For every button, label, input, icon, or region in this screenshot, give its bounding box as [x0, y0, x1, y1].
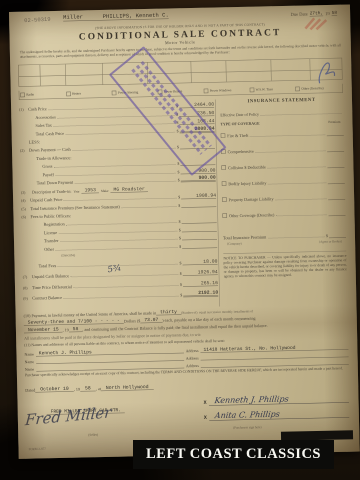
- vehicle-value-cell: [66, 74, 103, 85]
- dollar-sign: $: [178, 178, 180, 183]
- line-label: Registration: [44, 222, 65, 227]
- checkbox-icon: [204, 89, 209, 94]
- coverage-label: Fire & Theft: [227, 133, 248, 138]
- equipment-item: W.S.W. Tires: [250, 87, 296, 92]
- coverage-label: Collision $ Deductible: [228, 165, 266, 170]
- line-label: Gross: [42, 164, 52, 169]
- equipment-label: Heater: [72, 92, 81, 96]
- coverage-premium-blank: [327, 151, 344, 152]
- tradein-description: MG Roadster: [110, 186, 147, 193]
- dated-year-typed: 58: [80, 385, 96, 391]
- total-premium-label: Total Insurance Premium: [223, 234, 266, 240]
- dollar-sign: $: [177, 161, 179, 166]
- line-value: 265.16: [183, 280, 218, 287]
- tradein-year-label: Year: [73, 190, 79, 194]
- checkbox-icon: [250, 88, 255, 93]
- dotted-leader: [255, 151, 325, 153]
- form-code: FORM 2-877: [29, 447, 46, 451]
- header-typed-names: Miller PHILLIPS, Kenneth C.: [63, 13, 169, 22]
- equipment-item: Radio: [20, 92, 66, 97]
- equipment-label: Power Windows: [210, 89, 232, 93]
- line-label: Sales Tax: [35, 123, 52, 128]
- total-premium-line: Total Insurance Premium $: [223, 225, 346, 241]
- dated-place-typed: North Hollywood: [101, 384, 154, 391]
- dotted-leader: [71, 275, 179, 278]
- dollar-sign: $: [178, 203, 180, 208]
- line-label: (Describe): [61, 253, 75, 257]
- line-number: (8): [23, 285, 32, 290]
- year-value: 58: [332, 10, 338, 16]
- line-value: 2192.10: [183, 290, 218, 298]
- name-label: Name: [25, 367, 34, 372]
- vehicle-value-cell: [226, 71, 271, 82]
- address-label: Address: [186, 363, 199, 368]
- line-number: (4): [21, 198, 30, 203]
- vehicle-column-header: [271, 59, 310, 71]
- type-of-coverage-label: TYPE OF COVERAGE: [220, 121, 259, 126]
- name-label: Name: [24, 352, 33, 357]
- payment-terms: (10) Payment, in lawful money of the Uni…: [24, 304, 349, 341]
- seller-caption: (Seller): [88, 433, 98, 437]
- line-label: Unpaid Cash Balance: [32, 273, 69, 279]
- checkbox-icon: [222, 213, 227, 218]
- dollar-sign: $: [179, 261, 181, 266]
- dollar-sign: $: [178, 195, 180, 200]
- tradein-make-label: Make: [101, 189, 109, 193]
- vehicle-column-header: [19, 65, 41, 76]
- effective-date-label: Effective Date of Policy: [220, 112, 259, 117]
- photo-background: 02-50319 Miller PHILLIPS, Kenneth C. Due…: [0, 0, 360, 480]
- line-number: (9): [23, 296, 32, 301]
- checkbox-icon: [221, 133, 226, 138]
- vehicle-value-cell: [19, 76, 41, 86]
- dated-label: Dated: [25, 388, 35, 393]
- payment-year-typed: 58: [69, 326, 83, 332]
- coverage-premium-blank: [329, 215, 346, 216]
- checkbox-icon: [221, 165, 226, 170]
- insurance-panel: INSURANCE STATEMENT Effective Date of Po…: [220, 97, 347, 279]
- dollar-sign: $: [180, 293, 182, 298]
- vehicle-column-header: [191, 61, 226, 73]
- x-mark: X: [204, 415, 207, 421]
- dotted-leader: [275, 199, 327, 201]
- line-label: License: [44, 230, 57, 235]
- dollar-sign: $: [179, 220, 181, 225]
- dotted-leader: [267, 167, 326, 169]
- line-number: (7): [23, 275, 32, 280]
- line-label: Total Cash Price: [36, 131, 64, 137]
- checkbox-icon: [66, 92, 71, 97]
- dotted-leader: [63, 296, 178, 299]
- line-label: Fees to Public Officers:: [30, 213, 71, 219]
- line-label: Time Price Differential: [32, 284, 72, 290]
- purchaser-signature-2: Anita C. Phillips: [209, 408, 350, 421]
- checkbox-icon: [295, 87, 300, 92]
- payment-text: Dollars ($: [124, 319, 141, 324]
- dollar-sign: $: [179, 228, 181, 233]
- tradein-label: Description of Trade-in:: [32, 189, 72, 194]
- equipment-item: Other (Describe): [295, 86, 341, 91]
- line-label: Trade-in Allowance:: [36, 155, 71, 161]
- dollar-sign: $: [179, 244, 181, 249]
- equipment-item: Heater: [66, 91, 112, 96]
- dollar-sign: $: [179, 236, 181, 241]
- line-label: Total Down Payment: [37, 180, 74, 186]
- dotted-leader: [276, 215, 327, 217]
- coverage-line: Other Coverage (Describe): [222, 204, 345, 223]
- first-payment-date-typed: November 15: [24, 326, 63, 333]
- address-label: Address: [186, 356, 199, 361]
- line-number: (6): [21, 215, 30, 220]
- reference-number: 02-50319: [24, 17, 51, 24]
- purchaser-signature-1: Kenneth J. Phillips: [209, 393, 350, 406]
- checkbox-icon: [222, 197, 227, 202]
- pricing-section-b: (4) Unpaid Cash Price $ 1908.94 (5) Tota…: [21, 190, 218, 300]
- dotted-leader: [73, 285, 178, 288]
- line-number: (5): [21, 206, 30, 211]
- dotted-leader: [268, 183, 326, 185]
- line-value: 18.00: [182, 259, 217, 266]
- coverage-premium-blank: [327, 167, 344, 168]
- coverage-label: Bodily Injury Liability: [228, 181, 266, 186]
- premium-label: Premium: [328, 120, 340, 124]
- coverage-label: Property Damage Liability: [229, 197, 274, 202]
- dotted-leader: [250, 135, 325, 137]
- name-label: Name: [25, 360, 34, 365]
- coverage-list: Fire & Theft Comprehensive Collision $ D…: [221, 124, 346, 223]
- dollar-sign: $: [180, 272, 182, 277]
- installment-count-typed: thirty: [156, 309, 181, 316]
- vehicle-column-header: [66, 63, 103, 75]
- line-value: 1908.94: [181, 193, 216, 200]
- coverage-premium-blank: [327, 135, 344, 136]
- line-label: Total Fees: [38, 263, 56, 268]
- equipment-label: Other (Describe): [301, 87, 323, 91]
- checkbox-icon: [112, 91, 117, 96]
- coverage-premium-blank: [328, 183, 345, 184]
- line-value: 1926.94: [183, 269, 218, 276]
- line-label: Cash Price: [28, 106, 47, 111]
- line-value: 900.00: [181, 174, 216, 182]
- coverage-label: Comprehensive: [228, 149, 254, 154]
- address-label: Address: [186, 348, 199, 353]
- dated-line: Dated October 10 , 19 58 , at North Holl…: [25, 380, 349, 393]
- line-label: Contract Balance: [32, 295, 62, 301]
- dollar-sign: $: [177, 170, 179, 175]
- vehicle-value-cell: [191, 72, 226, 83]
- notice-to-purchaser: NOTICE TO PURCHASER — Unless specificall…: [223, 251, 347, 279]
- purchaser-signature-row-1: X Kenneth J. Phillips: [203, 393, 349, 406]
- coverage-label: Other Coverage (Describe): [229, 213, 274, 218]
- line-label: Payoff: [42, 172, 53, 177]
- line-label: Transfer: [44, 238, 59, 243]
- dollar-sign: $: [180, 282, 182, 287]
- line-label: Unpaid Cash Price: [30, 197, 62, 203]
- checkbox-icon: [222, 181, 227, 186]
- line-number: (2): [20, 148, 29, 153]
- dollar-sign: $: [326, 234, 328, 239]
- purchaser-signature-row-2: X Anita C. Phillips: [204, 408, 350, 421]
- line-label: Other: [44, 246, 54, 251]
- line-number: (1): [19, 107, 28, 112]
- checkbox-icon: [20, 93, 25, 98]
- installment-amount-typed: 73.07: [140, 317, 162, 323]
- agent-caption: (Agent or Broker): [319, 240, 342, 249]
- line-label: Accessories: [35, 114, 56, 119]
- vehicle-value-cell: [271, 70, 310, 81]
- equipment-label: W.S.W. Tires: [256, 88, 273, 92]
- seller-signature: Fred Miller: [24, 396, 195, 429]
- blue-pen-mark: [316, 61, 337, 86]
- vehicle-column-header: [40, 64, 66, 76]
- watermark-left-coast-classics: LEFT COAST CLASSICS: [133, 440, 334, 469]
- equipment-item: Power Windows: [204, 88, 250, 93]
- dated-date-typed: October 10: [35, 386, 74, 393]
- vehicle-value-cell: [40, 75, 66, 86]
- company-caption: (Company): [227, 242, 242, 250]
- line-label: Down Payment — Cash: [29, 147, 71, 153]
- equipment-label: Radio: [26, 93, 34, 97]
- tradein-year: 1953: [81, 187, 99, 193]
- purchaser-caption: (Purchasers sign here): [233, 426, 261, 430]
- vehicle-table: [18, 58, 342, 87]
- pricing-line: (9) Contract Balance $ 2192.10: [23, 288, 218, 300]
- coverage-premium-blank: [328, 199, 345, 200]
- document-paper: 02-50319 Miller PHILLIPS, Kenneth C. Due…: [9, 5, 360, 459]
- x-mark: X: [204, 400, 207, 406]
- line-label: LESS:: [29, 139, 40, 144]
- red-pencil-mark: [303, 15, 328, 32]
- line-number: (3): [21, 190, 30, 195]
